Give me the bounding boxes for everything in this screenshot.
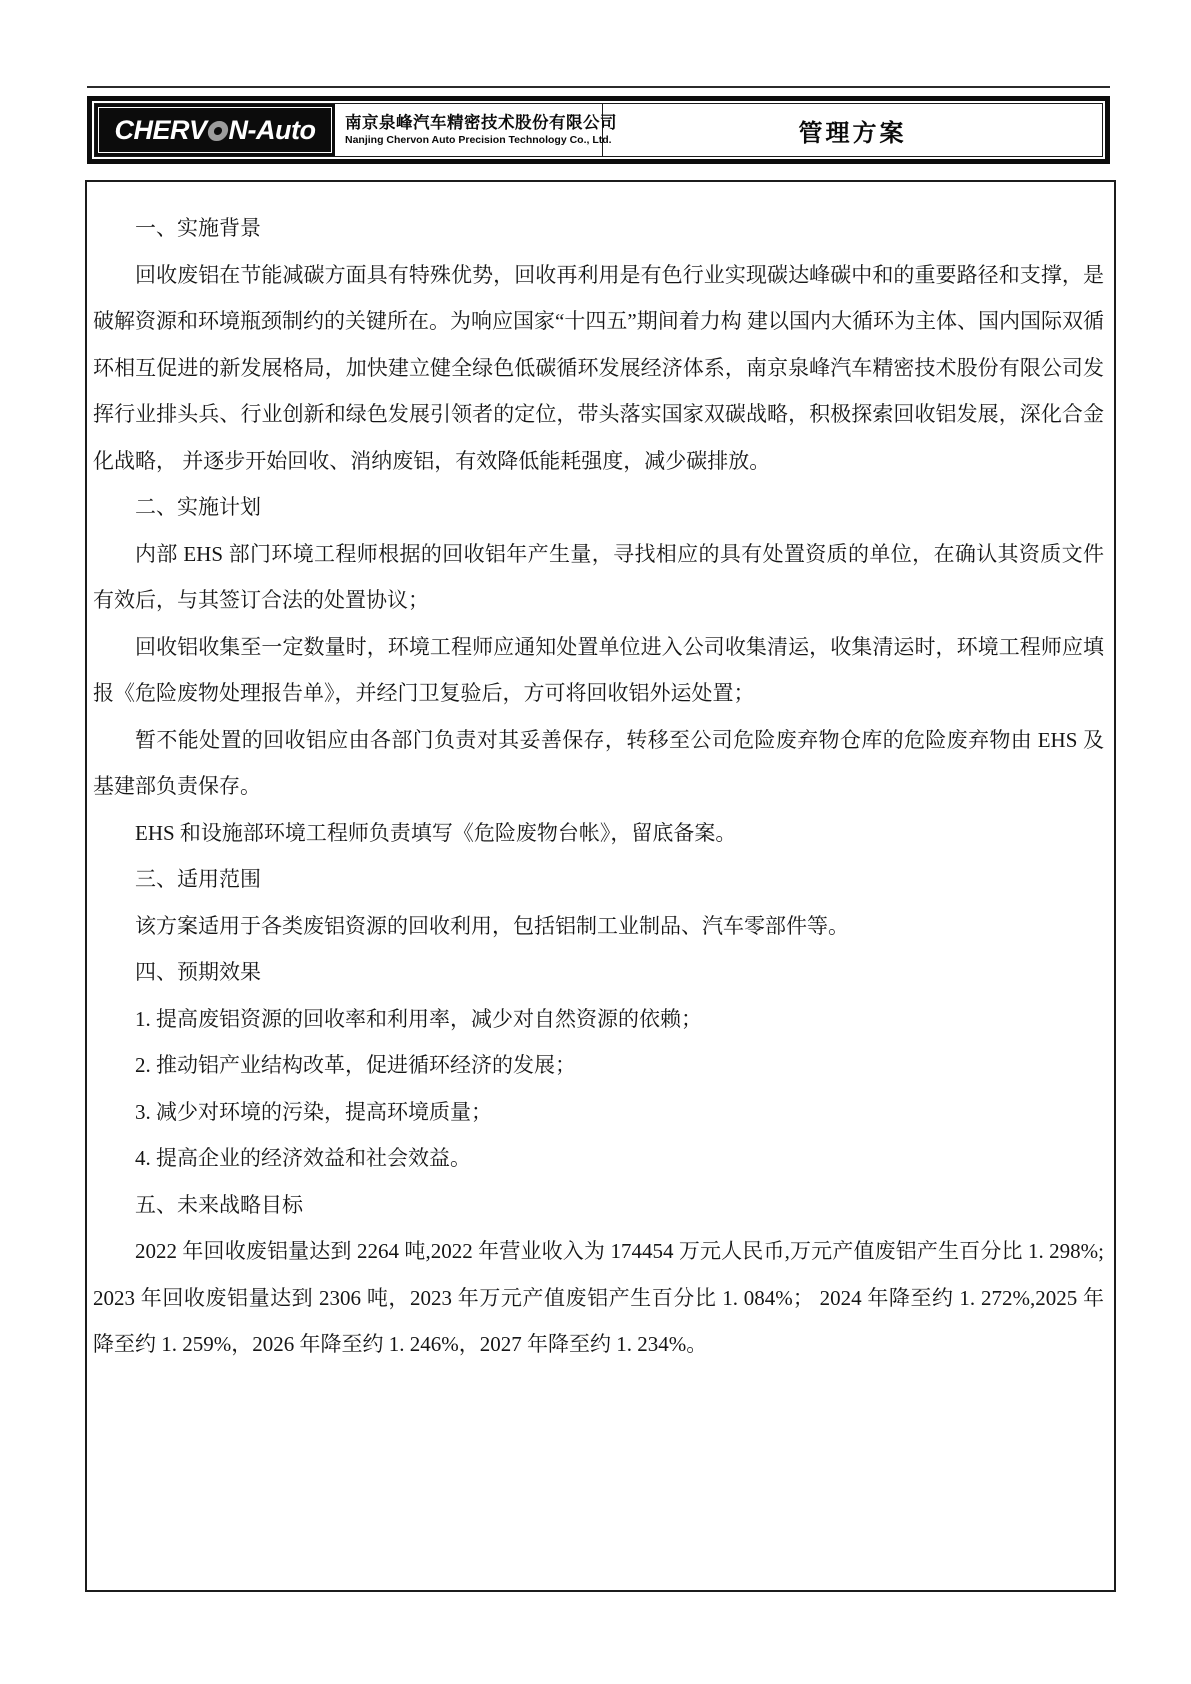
document-title-cell: 管理方案	[603, 104, 1102, 156]
logo-o-ring-icon	[206, 121, 229, 141]
company-name-english: Nanjing Chervon Auto Precision Technolog…	[345, 134, 598, 147]
paragraph: 该方案适用于各类废铝资源的回收利用，包括铝制工业制品、汽车零部件等。	[93, 903, 1104, 950]
paragraph: 1. 提高废铝资源的回收率和利用率，减少对自然资源的依赖；	[93, 996, 1104, 1043]
header-top-rule	[87, 86, 1110, 88]
paragraph: 2. 推动铝产业结构改革，促进循环经济的发展；	[93, 1042, 1104, 1089]
paragraph: 回收铝收集至一定数量时，环境工程师应通知处置单位进入公司收集清运，收集清运时，环…	[93, 624, 1104, 717]
company-name-chinese: 南京泉峰汽车精密技术股份有限公司	[345, 113, 598, 134]
document-body: 一、实施背景回收废铝在节能减碳方面具有特殊优势，回收再利用是有色行业实现碳达峰碳…	[85, 180, 1116, 1592]
logo-text: CHERVN-Auto	[115, 115, 316, 146]
document-header: CHERVN-Auto 南京泉峰汽车精密技术股份有限公司 Nanjing Che…	[87, 96, 1110, 164]
section-heading: 二、实施计划	[93, 484, 1104, 531]
document-title: 管理方案	[799, 113, 907, 148]
paragraph: 4. 提高企业的经济效益和社会效益。	[93, 1135, 1104, 1182]
document-page: CHERVN-Auto 南京泉峰汽车精密技术股份有限公司 Nanjing Che…	[0, 0, 1191, 1684]
section-heading: 五、未来战略目标	[93, 1182, 1104, 1229]
paragraph: 3. 减少对环境的污染，提高环境质量；	[93, 1089, 1104, 1136]
chervon-auto-logo: CHERVN-Auto	[95, 104, 335, 156]
section-heading: 一、实施背景	[93, 205, 1104, 252]
section-heading: 三、适用范围	[93, 856, 1104, 903]
paragraph: 暂不能处置的回收铝应由各部门负责对其妥善保存，转移至公司危险废弃物仓库的危险废弃…	[93, 717, 1104, 810]
paragraph: 2022 年回收废铝量达到 2264 吨,2022 年营业收入为 174454 …	[93, 1228, 1104, 1368]
section-heading: 四、预期效果	[93, 949, 1104, 996]
company-name-block: 南京泉峰汽车精密技术股份有限公司 Nanjing Chervon Auto Pr…	[335, 104, 603, 156]
logo-text-prefix: CHERV	[115, 115, 207, 145]
logo-text-suffix: N-Auto	[229, 115, 316, 145]
paragraph: 内部 EHS 部门环境工程师根据的回收铝年产生量，寻找相应的具有处置资质的单位，…	[93, 531, 1104, 624]
paragraph: EHS 和设施部环境工程师负责填写《危险废物台帐》，留底备案。	[93, 810, 1104, 857]
paragraph: 回收废铝在节能减碳方面具有特殊优势，回收再利用是有色行业实现碳达峰碳中和的重要路…	[93, 252, 1104, 485]
header-frame: CHERVN-Auto 南京泉峰汽车精密技术股份有限公司 Nanjing Che…	[94, 103, 1103, 157]
